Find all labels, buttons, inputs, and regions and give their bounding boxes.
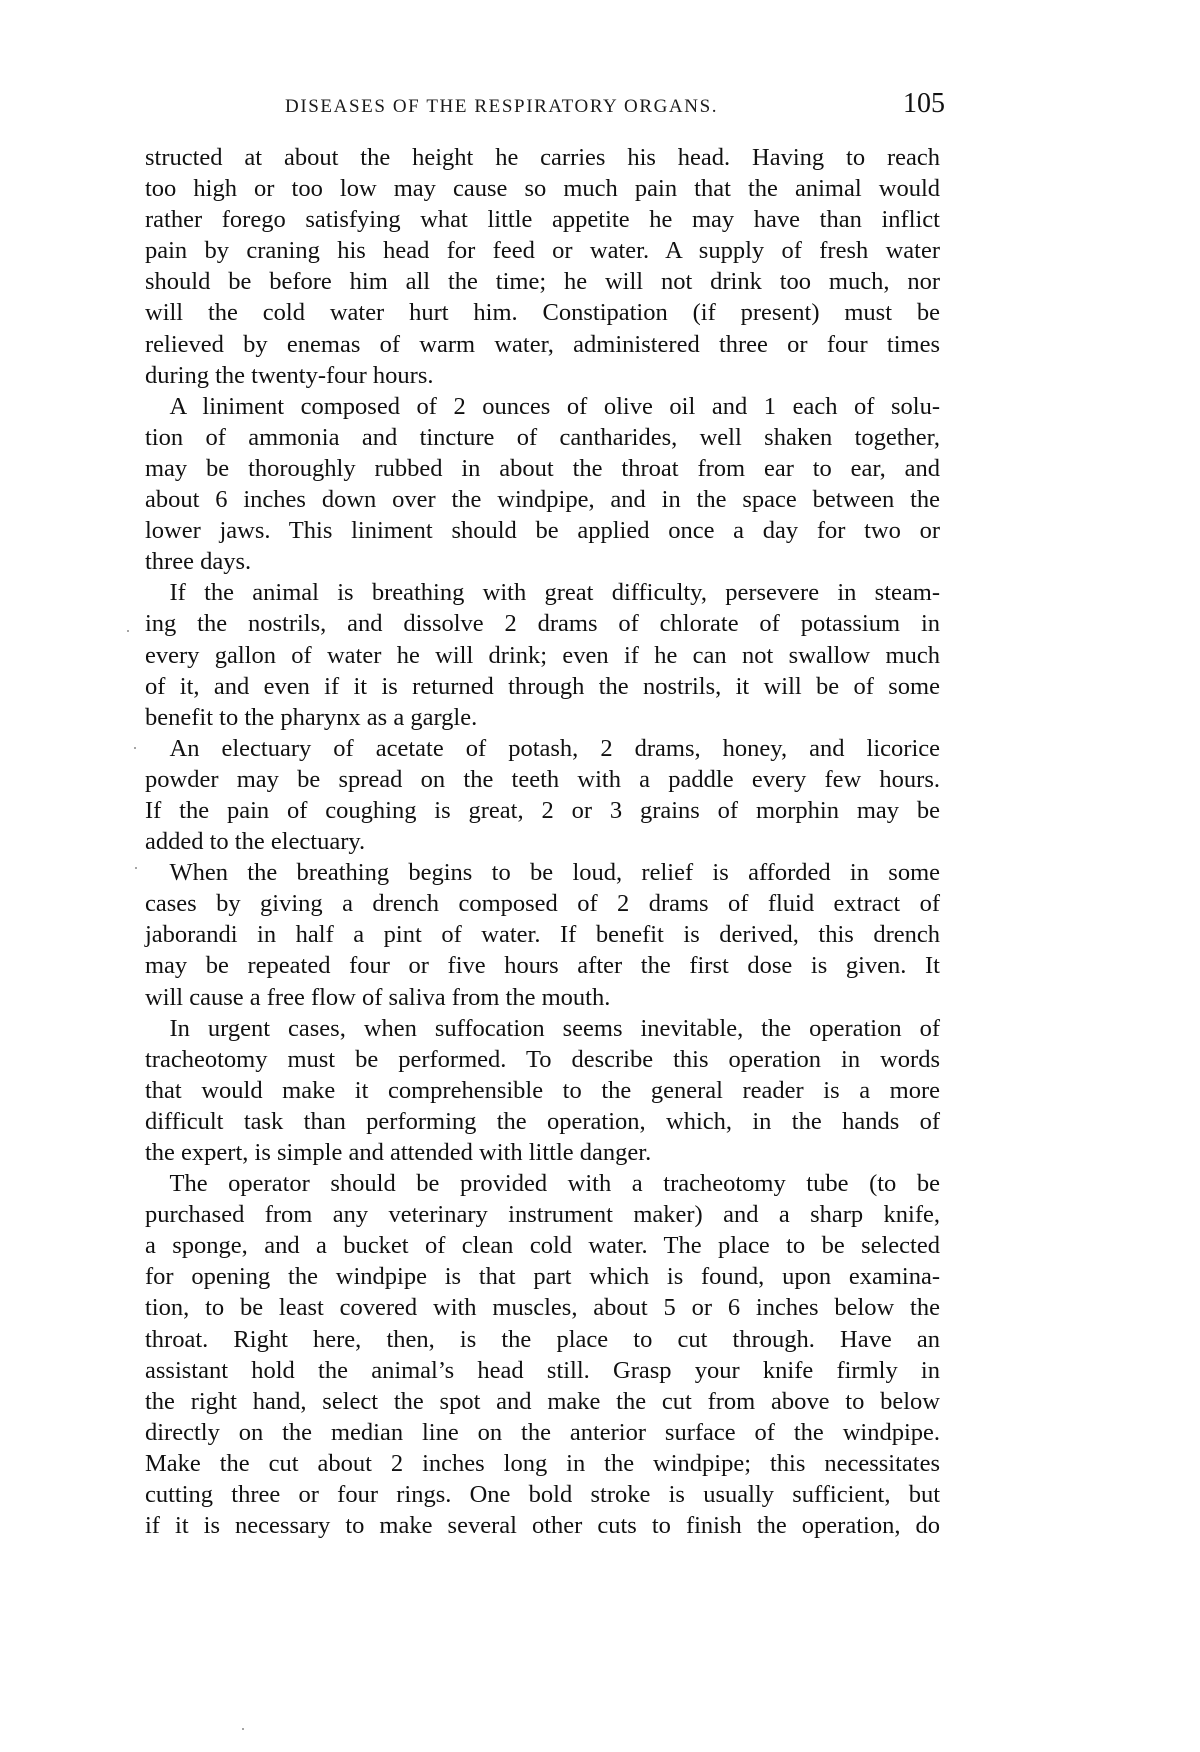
text-line: In urgent cases, when suffocation seems … — [145, 1013, 940, 1044]
text-line: about 6 inches down over the windpipe, a… — [145, 484, 940, 515]
text-line: tion, to be least covered with muscles, … — [145, 1292, 940, 1323]
print-speck — [127, 630, 129, 632]
text-line: If the animal is breathing with great di… — [145, 577, 940, 608]
text-line: directly on the median line on the anter… — [145, 1417, 940, 1448]
text-line: cases by giving a drench composed of 2 d… — [145, 888, 940, 919]
text-line: difficult task than performing the opera… — [145, 1106, 940, 1137]
text-line: tion of ammonia and tincture of canthari… — [145, 422, 940, 453]
text-line: may be repeated four or five hours after… — [145, 950, 940, 981]
text-line: every gallon of water he will drink; eve… — [145, 640, 940, 671]
text-line: too high or too low may cause so much pa… — [145, 173, 940, 204]
running-head: DISEASES OF THE RESPIRATORY ORGANS. 105 — [285, 88, 945, 128]
text-line: a sponge, and a bucket of clean cold wat… — [145, 1230, 940, 1261]
text-line: tracheotomy must be performed. To descri… — [145, 1044, 940, 1075]
text-line: the expert, is simple and attended with … — [145, 1137, 940, 1168]
text-line: for opening the windpipe is that part wh… — [145, 1261, 940, 1292]
text-line: powder may be spread on the teeth with a… — [145, 764, 940, 795]
text-line: of it, and even if it is returned throug… — [145, 671, 940, 702]
text-line: assistant hold the animal’s head still. … — [145, 1355, 940, 1386]
body-text: structed at about the height he carries … — [145, 142, 940, 1541]
text-line: may be thoroughly rubbed in about the th… — [145, 453, 940, 484]
text-line: lower jaws. This liniment should be appl… — [145, 515, 940, 546]
text-line: throat. Right here, then, is the place t… — [145, 1324, 940, 1355]
text-line: structed at about the height he carries … — [145, 142, 940, 173]
text-line: The operator should be provided with a t… — [145, 1168, 940, 1199]
text-line: Make the cut about 2 inches long in the … — [145, 1448, 940, 1479]
text-line: An electuary of acetate of potash, 2 dra… — [145, 733, 940, 764]
text-line: cutting three or four rings. One bold st… — [145, 1479, 940, 1510]
text-line: jaborandi in half a pint of water. If be… — [145, 919, 940, 950]
page-number: 105 — [903, 88, 945, 120]
print-speck — [135, 867, 137, 869]
text-line: added to the electuary. — [145, 826, 940, 857]
text-line: will cause a free flow of saliva from th… — [145, 982, 940, 1013]
text-line: benefit to the pharynx as a gargle. — [145, 702, 940, 733]
text-line: A liniment composed of 2 ounces of olive… — [145, 391, 940, 422]
text-line: purchased from any veterinary instrument… — [145, 1199, 940, 1230]
text-line: should be before him all the time; he wi… — [145, 266, 940, 297]
text-line: relieved by enemas of warm water, admini… — [145, 329, 940, 360]
text-line: pain by craning his head for feed or wat… — [145, 235, 940, 266]
text-line: during the twenty-four hours. — [145, 360, 940, 391]
running-title: DISEASES OF THE RESPIRATORY ORGANS. — [285, 96, 718, 118]
text-line: rather forego satisfying what little app… — [145, 204, 940, 235]
book-page: DISEASES OF THE RESPIRATORY ORGANS. 105 … — [0, 0, 1200, 1752]
text-line: will the cold water hurt him. Constipati… — [145, 297, 940, 328]
text-line: three days. — [145, 546, 940, 577]
text-line: that would make it comprehensible to the… — [145, 1075, 940, 1106]
text-line: if it is necessary to make several other… — [145, 1510, 940, 1541]
text-line: the right hand, select the spot and make… — [145, 1386, 940, 1417]
print-speck — [242, 1728, 244, 1730]
text-line: When the breathing begins to be loud, re… — [145, 857, 940, 888]
text-line: ing the nostrils, and dissolve 2 drams o… — [145, 608, 940, 639]
text-line: If the pain of coughing is great, 2 or 3… — [145, 795, 940, 826]
print-speck — [134, 747, 136, 749]
